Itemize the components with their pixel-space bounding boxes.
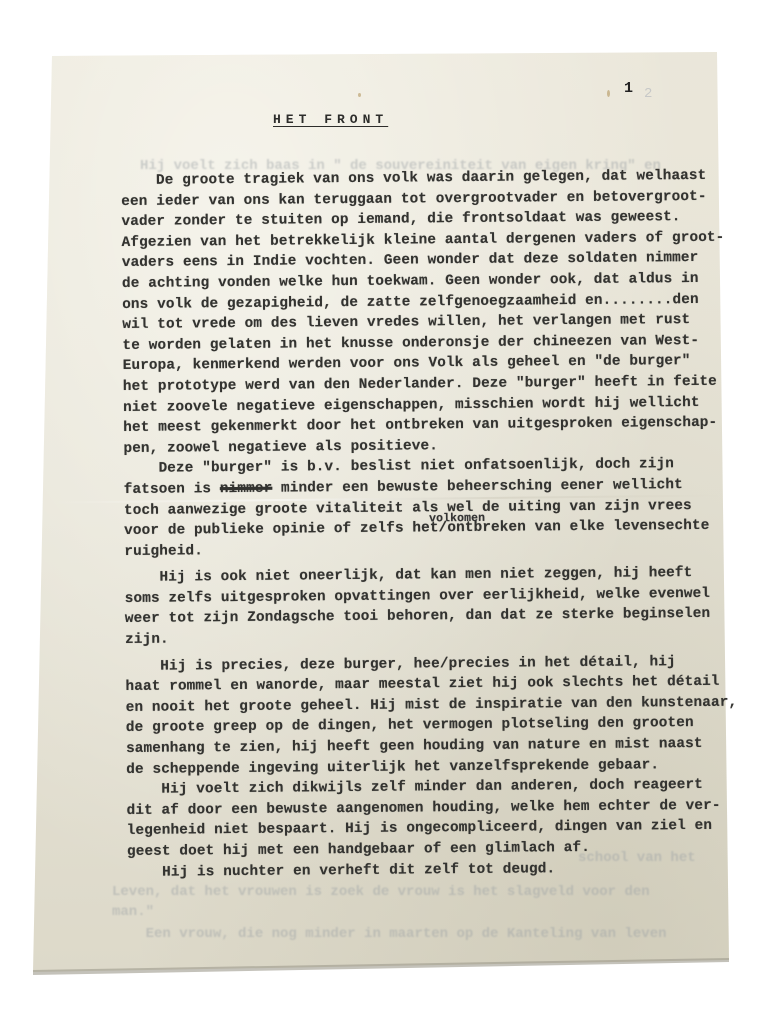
- text-fragment: minder een bewuste beheersching eener we…: [272, 477, 683, 497]
- text-fragment: fatsoen is: [124, 481, 220, 498]
- page-number-bleed: 2: [644, 86, 652, 102]
- paragraph-group-intro: De groote tragiek van ons volk was daari…: [121, 166, 744, 480]
- page-number: 1: [624, 80, 633, 97]
- typed-page: 1 2 HET FRONT De groote tragiek van ons …: [0, 0, 768, 1024]
- page-title: HET FRONT: [273, 112, 388, 127]
- document-body: De groote tragiek van ons volk was daari…: [121, 166, 747, 884]
- paragraph-eerlijk: Hij is ook niet oneerlijk, dat kan men n…: [124, 563, 745, 651]
- paragraph-group-vitaliteit: volkomen toch aanwezige groote vitalitei…: [124, 495, 745, 562]
- handwritten-insertion: volkomen: [429, 511, 485, 524]
- paragraph-precies: Hij is precies, deze burger, hee/precies…: [125, 651, 747, 883]
- struck-word: nimmer: [220, 481, 273, 497]
